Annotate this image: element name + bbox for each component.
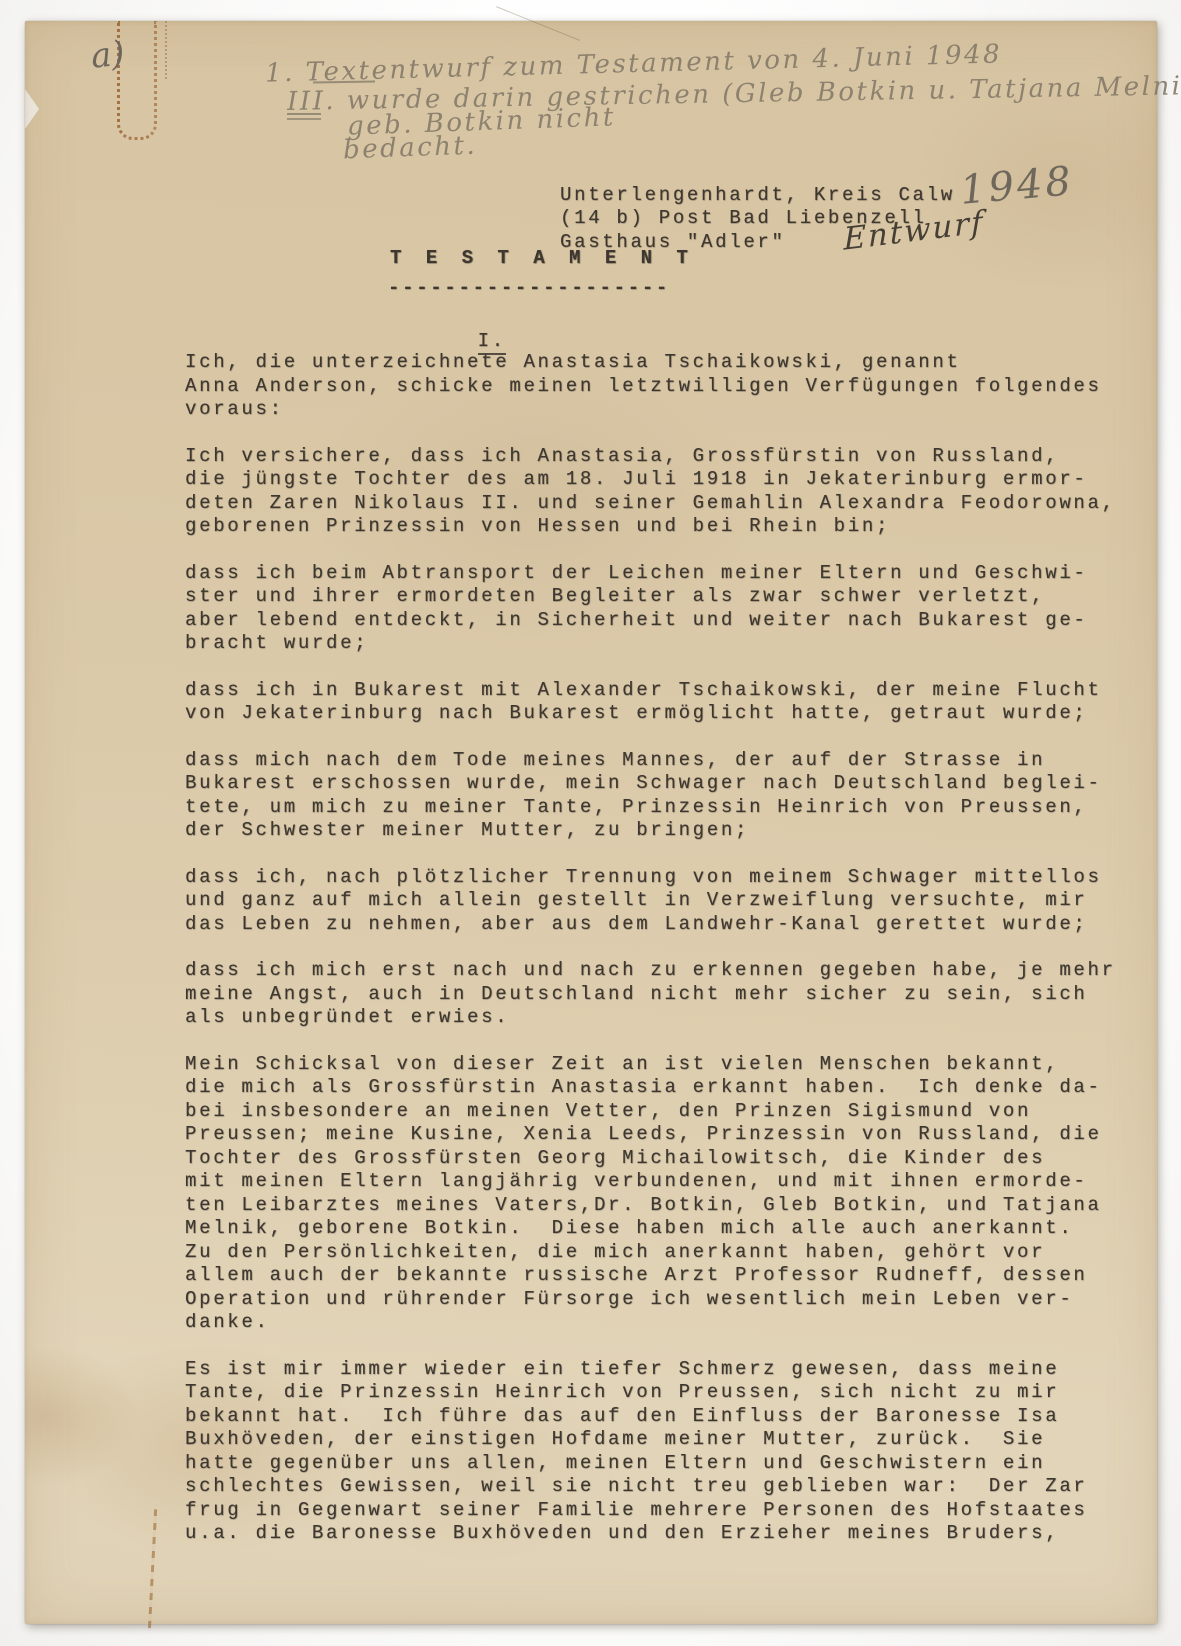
typed-line: das Leben zu nehmen, aber aus dem Landwe… [185, 913, 1150, 937]
body-text: Ich, die unterzeichnete Anastasia Tschai… [185, 351, 1150, 1569]
typed-line: von Jekaterinburg nach Bukarest ermöglic… [185, 702, 1150, 726]
typed-line: meine Angst, auch in Deutschland nicht m… [185, 983, 1150, 1007]
typed-line: dass ich in Bukarest mit Alexander Tscha… [185, 679, 1150, 703]
typed-line: geborenen Prinzessin von Hessen und bei … [185, 515, 1150, 539]
typed-line: Es ist mir immer wieder ein tiefer Schme… [185, 1358, 1150, 1382]
typed-line: Zu den Persönlichkeiten, die mich anerka… [185, 1241, 1150, 1265]
scan-background: a) 1. Textentwurf zum Testament von 4. J… [0, 0, 1181, 1646]
typed-line: allem auch der bekannte russische Arzt P… [185, 1264, 1150, 1288]
address-line: Unterlengenhardt, Kreis Calw [560, 184, 955, 207]
paragraph: Es ist mir immer wieder ein tiefer Schme… [185, 1358, 1150, 1546]
typed-line: deten Zaren Nikolaus II. und seiner Gema… [185, 492, 1150, 516]
paragraph: Ich, die unterzeichnete Anastasia Tschai… [185, 351, 1150, 422]
typed-line: Ich versichere, dass ich Anastasia, Gros… [185, 445, 1150, 469]
paragraph: dass ich, nach plötzlicher Trennung von … [185, 866, 1150, 937]
typed-line: u.a. die Baronesse Buxhöveden und den Er… [185, 1522, 1150, 1546]
typed-line: und ganz auf mich allein gestellt in Ver… [185, 889, 1150, 913]
typed-line: bekannt hat. Ich führe das auf den Einfl… [185, 1405, 1150, 1429]
typed-line: tete, um mich zu meiner Tante, Prinzessi… [185, 796, 1150, 820]
typed-line: frug in Gegenwart seiner Familie mehrere… [185, 1499, 1150, 1523]
typed-line: aber lebend entdeckt, in Sicherheit und … [185, 609, 1150, 633]
typed-line: Mein Schicksal von dieser Zeit an ist vi… [185, 1053, 1150, 1077]
typed-line: Ich, die unterzeichnete Anastasia Tschai… [185, 351, 1150, 375]
paragraph: dass ich mich erst nach und nach zu erke… [185, 959, 1150, 1030]
pencil-underline-iii [287, 118, 321, 120]
typed-line: als unbegründet erwies. [185, 1006, 1150, 1030]
paragraph: Mein Schicksal von dieser Zeit an ist vi… [185, 1053, 1150, 1335]
handwritten-line: bedacht. [343, 131, 478, 166]
typed-line: Operation und rührender Fürsorge ich wes… [185, 1288, 1150, 1312]
typed-line: voraus: [185, 398, 1150, 422]
paper: a) 1. Textentwurf zum Testament von 4. J… [25, 21, 1157, 1624]
paragraph: Ich versichere, dass ich Anastasia, Gros… [185, 445, 1150, 539]
pencil-underline-iii [287, 113, 321, 115]
typed-line: bracht wurde; [185, 632, 1150, 656]
typed-line: der Schwester meiner Mutter, zu bringen; [185, 819, 1150, 843]
typed-line: hatte gegenüber uns allen, meinen Eltern… [185, 1452, 1150, 1476]
title-underline: -------------------- [388, 277, 670, 299]
typed-line: ten Leibarztes meines Vaters,Dr. Botkin,… [185, 1194, 1150, 1218]
typed-line: dass ich, nach plötzlicher Trennung von … [185, 866, 1150, 890]
typed-line: Tochter des Grossfürsten Georg Michailow… [185, 1147, 1150, 1171]
typed-line: dass ich mich erst nach und nach zu erke… [185, 959, 1150, 983]
paragraph: dass ich beim Abtransport der Leichen me… [185, 562, 1150, 656]
paragraph: dass ich in Bukarest mit Alexander Tscha… [185, 679, 1150, 726]
typed-line: bei insbesondere an meinen Vetter, den P… [185, 1100, 1150, 1124]
document-title: T E S T A M E N T [390, 247, 694, 269]
typed-line: dass ich beim Abtransport der Leichen me… [185, 562, 1150, 586]
typed-line: schlechtes Gewissen, weil sie nicht treu… [185, 1475, 1150, 1499]
typed-line: die mich als Grossfürstin Anastasia erka… [185, 1076, 1150, 1100]
rust-streak-bottom [148, 1509, 157, 1631]
typed-line: die jüngste Tochter des am 18. Juli 1918… [185, 468, 1150, 492]
typed-line: dass mich nach dem Tode meines Mannes, d… [185, 749, 1150, 773]
typed-line: ster und ihrer ermordeten Begleiter als … [185, 585, 1150, 609]
typed-line: Preussen; meine Kusine, Xenia Leeds, Pri… [185, 1123, 1150, 1147]
typed-line: Bukarest erschossen wurde, mein Schwager… [185, 772, 1150, 796]
typed-line: mit meinen Eltern langjährig verbundenen… [185, 1170, 1150, 1194]
typed-line: Buxhöveden, der einstigen Hofdame meiner… [185, 1428, 1150, 1452]
typed-line: danke. [185, 1311, 1150, 1335]
paragraph: dass mich nach dem Tode meines Mannes, d… [185, 749, 1150, 843]
typed-line: Anna Anderson, schicke meinen letztwilli… [185, 375, 1150, 399]
typed-line: Melnik, geborene Botkin. Diese haben mic… [185, 1217, 1150, 1241]
typed-line: Tante, die Prinzessin Heinrich von Preus… [185, 1381, 1150, 1405]
